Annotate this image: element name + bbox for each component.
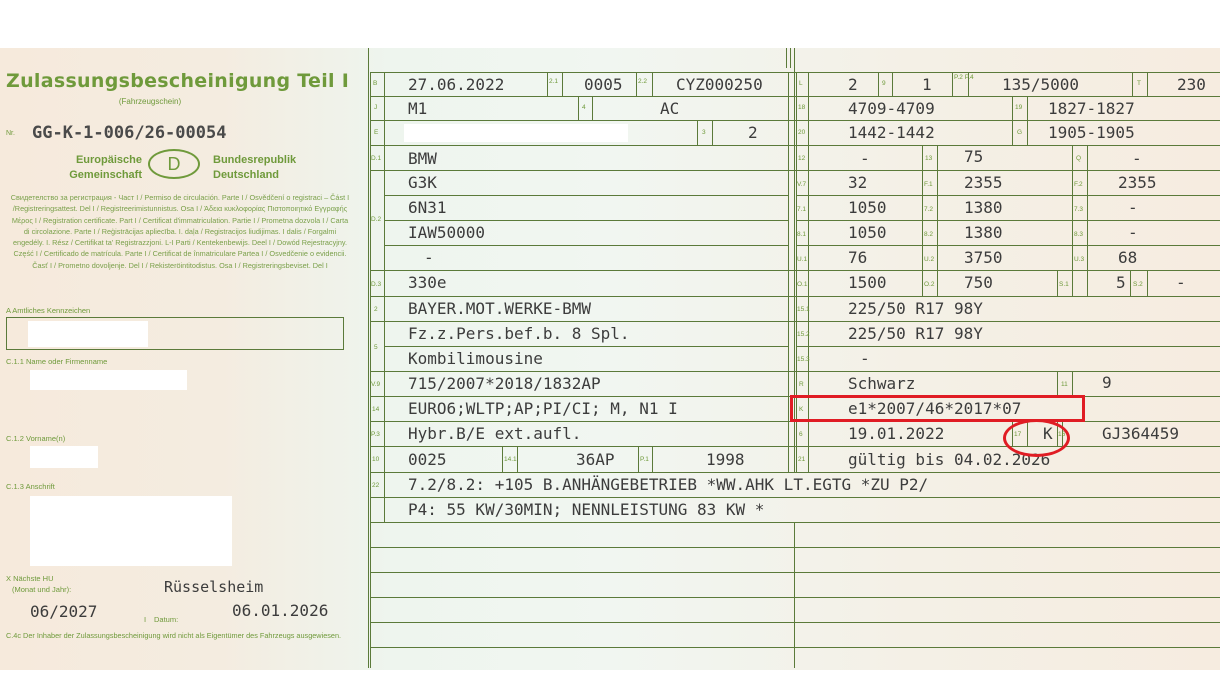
field-r-color: Schwarz [848,375,915,393]
label-6: 6 [799,431,803,438]
document-number: GG-K-1-006/26-00054 [32,123,226,143]
label-q: Q [1076,155,1081,162]
field-8-3: - [1128,224,1138,242]
field-o1-towing-braked: 1500 [848,274,887,292]
label-12: 12 [798,155,805,162]
label-3: 3 [702,129,706,136]
field-v9-emission-class: 715/2007*2018/1832AP [408,375,601,393]
label-2: 2 [374,306,378,313]
field-p1-displacement: 1998 [706,451,745,469]
field-d2-type: G3K [408,174,437,192]
label-20: 20 [798,129,805,136]
redacted-plate [28,321,148,347]
label-8-2: 8.2 [924,231,933,238]
label-2-1: 2.1 [549,78,558,85]
field-d1-make: BMW [408,150,437,168]
label-x: X Nächste HU [6,574,54,583]
label-22: 22 [372,482,379,489]
field-2-2: CYZ000250 [676,76,763,94]
country-label-line: Deutschland [213,168,296,183]
label-a: A Amtliches Kennzeichen [6,306,90,315]
label-datum: Datum: [154,615,178,624]
label-c13: C.1.3 Anschrift [6,482,55,491]
document-subtitle: (Fahrzeugschein) [0,97,300,106]
label-u2: U.2 [924,256,934,263]
field-16-document-number: GJ364459 [1102,425,1179,443]
field-f2-permissible-mass: 2355 [1118,174,1157,192]
field-d2-extra: - [424,249,434,267]
label-21: 21 [798,456,805,463]
field-10: 0025 [408,451,447,469]
label-v9: V.9 [371,381,380,388]
label-13: 13 [925,155,932,162]
label-t: T [1137,80,1141,87]
field-7-1: 1050 [848,199,887,217]
field-6-approval-date: 19.01.2022 [848,425,944,443]
field-7-2: 1380 [964,199,1003,217]
country-code-oval-icon: D [148,149,200,179]
field-o2-towing-unbraked: 750 [964,274,993,292]
field-14-1: 36AP [576,451,615,469]
field-9-drive-axles: 1 [922,76,932,94]
label-o1: O.1 [797,281,807,288]
label-7-2: 7.2 [924,206,933,213]
label-c12: C.1.2 Vorname(n) [6,434,65,443]
eu-label: Europäische Gemeinschaft [50,153,142,183]
field-p2-p4-power: 135/5000 [1002,76,1079,94]
field-13: 75 [964,148,983,166]
languages-text: Свидетелство за регистрация - Част I / P… [10,192,350,271]
label-r: R [799,381,804,388]
label-7-3: 7.3 [1074,206,1083,213]
label-o2: O.2 [924,281,934,288]
label-11: 11 [1061,381,1068,388]
label-s1: S.1 [1059,281,1069,288]
field-7-3: - [1128,199,1138,217]
issuing-place: Rüsselsheim [164,578,263,596]
label-i: I [144,615,146,624]
label-p2-p4: P.2 P.4 [954,74,974,81]
label-d3: D.3 [371,281,381,288]
field-8-2: 1380 [964,224,1003,242]
field-5-category: Fz.z.Pers.bef.b. 8 Spl. [408,325,630,343]
label-j: J [374,104,377,111]
field-u1: 76 [848,249,867,267]
field-2-manufacturer: BAYER.MOT.WERKE-BMW [408,300,591,318]
country-label-line: Bundesrepublik [213,153,296,168]
label-s2: S.2 [1133,281,1143,288]
label-v7: V.7 [797,181,806,188]
highlight-circle [1003,419,1070,457]
field-b-first-registration: 27.06.2022 [408,76,504,94]
label-14: 14 [372,406,379,413]
label-8-1: 8.1 [797,231,806,238]
label-15-2: 15.2 [797,331,810,338]
label-2-2: 2.2 [638,78,647,85]
label-9: 9 [882,80,886,87]
label-10: 10 [372,456,379,463]
field-11-color-code: 9 [1102,374,1112,392]
field-f1-max-mass: 2355 [964,174,1003,192]
c4c-note: C.4c Der Inhaber der Zulassungsbescheini… [6,630,346,641]
label-p3: P.3 [371,431,380,438]
redacted-first-name [30,446,98,468]
c4c-text: Der Inhaber der Zulassungsbescheinigung … [23,631,341,640]
redacted-name [30,370,187,390]
field-3-check-digit: 2 [748,124,758,142]
label-7-1: 7.1 [797,206,806,213]
country-label: Bundesrepublik Deutschland [213,153,296,183]
redacted-address [30,496,232,566]
field-j-vehicle-class: M1 [408,100,427,118]
label-g: G [1017,129,1022,136]
field-s1-seats: 5 [1116,274,1126,292]
next-inspection-value: 06/2027 [30,602,97,621]
field-p3-fuel: Hybr.B/E ext.aufl. [408,425,581,443]
label-f2: F.2 [1074,181,1083,188]
nr-label: Nr. [6,130,15,137]
label-u3: U.3 [1074,256,1084,263]
field-8-1: 1050 [848,224,887,242]
field-s2-standing: - [1176,274,1186,292]
field-t-max-speed: 230 [1177,76,1206,94]
label-b: B [373,80,377,87]
field-22-remarks-line2: P4: 55 KW/30MIN; NENNLEISTUNG 83 KW * [408,501,764,519]
field-12: - [860,150,870,168]
field-20-height: 1442-1442 [848,124,935,142]
eu-label-line: Europäische [50,153,142,168]
field-2-1: 0005 [584,76,623,94]
label-8-3: 8.3 [1074,231,1083,238]
highlight-rectangle [790,395,1085,422]
field-5-body: Kombilimousine [408,350,543,368]
label-19: 19 [1015,104,1022,111]
label-c11: C.1.1 Name oder Firmenname [6,357,107,366]
issue-date: 06.01.2026 [232,601,328,620]
redacted-vin [404,124,628,142]
field-14-emission-standard: EURO6;WLTP;AP;PI/CI; M, N1 I [408,400,678,418]
document-title: Zulassungsbescheinigung Teil I [6,70,349,92]
field-19-width: 1827-1827 [1048,100,1135,118]
field-q: - [1132,150,1142,168]
label-c4c: C.4c [6,631,21,640]
field-4-body-type: AC [660,100,679,118]
label-d2: D.2 [371,216,381,223]
field-v7-co2: 32 [848,174,867,192]
field-l-axles: 2 [848,76,858,94]
label-14-1: 14.1 [504,456,517,463]
label-u1: U.1 [797,256,807,263]
eu-label-line: Gemeinschaft [50,168,142,183]
field-u3: 68 [1118,249,1137,267]
field-18-length: 4709-4709 [848,100,935,118]
label-5: 5 [374,344,378,351]
label-e: E [374,129,378,136]
field-15-1-tires: 225/50 R17 98Y [848,300,983,318]
field-g-mass: 1905-1905 [1048,124,1135,142]
field-15-3: - [860,350,870,368]
label-15-1: 15.1 [797,306,810,313]
label-l: L [799,80,803,87]
label-4: 4 [582,104,586,111]
label-d1: D.1 [371,155,381,162]
label-p1: P.1 [640,456,649,463]
field-u2: 3750 [964,249,1003,267]
left-panel: Zulassungsbescheinigung Teil I (Fahrzeug… [0,48,366,670]
label-x-sub: (Monat und Jahr): [12,585,71,594]
field-d2-variant: 6N31 [408,199,447,217]
field-d3-model: 330e [408,274,447,292]
field-d2-version: IAW50000 [408,224,485,242]
label-15-3: 15.3 [797,356,810,363]
label-f1: F.1 [924,181,933,188]
label-18: 18 [798,104,805,111]
field-15-2-tires: 225/50 R17 98Y [848,325,983,343]
field-22-remarks-line1: 7.2/8.2: +105 B.ANHÄNGEBETRIEB *WW.AHK L… [408,476,928,494]
